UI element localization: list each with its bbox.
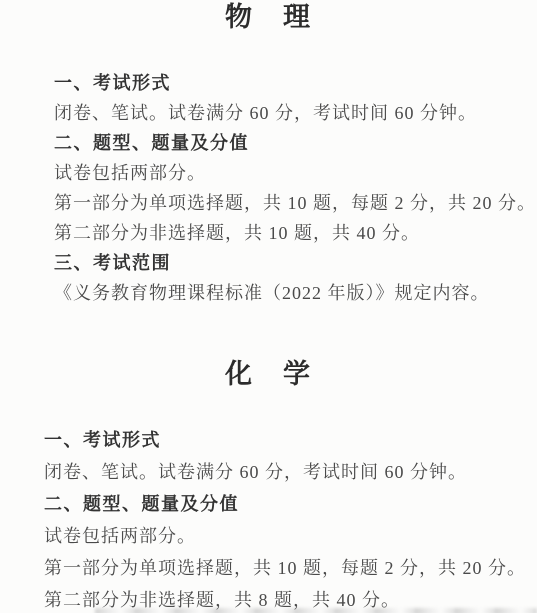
section-chemistry: 化 学 一、考试形式 闭卷、笔试。试卷满分 60 分，考试时间 60 分钟。 二… [0, 357, 537, 609]
document-page: 物 理 一、考试形式 闭卷、笔试。试卷满分 60 分，考试时间 60 分钟。 二… [0, 0, 537, 613]
physics-heading-exam-scope: 三、考试范围 [54, 254, 537, 272]
physics-title: 物 理 [0, 0, 537, 34]
physics-heading-question-types: 二、题型、题量及分值 [54, 134, 537, 152]
chemistry-heading-question-types: 二、题型、题量及分值 [44, 495, 537, 513]
chemistry-heading-exam-format: 一、考试形式 [44, 431, 537, 449]
chemistry-title: 化 学 [0, 357, 537, 391]
chemistry-exam-format-detail: 闭卷、笔试。试卷满分 60 分，考试时间 60 分钟。 [44, 463, 537, 481]
chemistry-paper-parts: 试卷包括两部分。 [44, 527, 537, 545]
chemistry-part-one-detail: 第一部分为单项选择题，共 10 题，每题 2 分，共 20 分。 [44, 559, 537, 577]
physics-paper-parts: 试卷包括两部分。 [54, 164, 537, 182]
physics-part-two-detail: 第二部分为非选择题，共 10 题，共 40 分。 [54, 224, 537, 242]
physics-part-one-detail: 第一部分为单项选择题，共 10 题，每题 2 分，共 20 分。 [54, 194, 537, 212]
section-physics: 物 理 一、考试形式 闭卷、笔试。试卷满分 60 分，考试时间 60 分钟。 二… [0, 0, 537, 302]
scan-artifact-cutoff-line [95, 608, 537, 613]
chemistry-part-two-detail: 第二部分为非选择题，共 8 题，共 40 分。 [44, 591, 537, 609]
physics-exam-scope-detail: 《义务教育物理课程标准（2022 年版）》规定内容。 [54, 284, 537, 302]
physics-exam-format-detail: 闭卷、笔试。试卷满分 60 分，考试时间 60 分钟。 [54, 104, 537, 122]
physics-heading-exam-format: 一、考试形式 [54, 74, 537, 92]
